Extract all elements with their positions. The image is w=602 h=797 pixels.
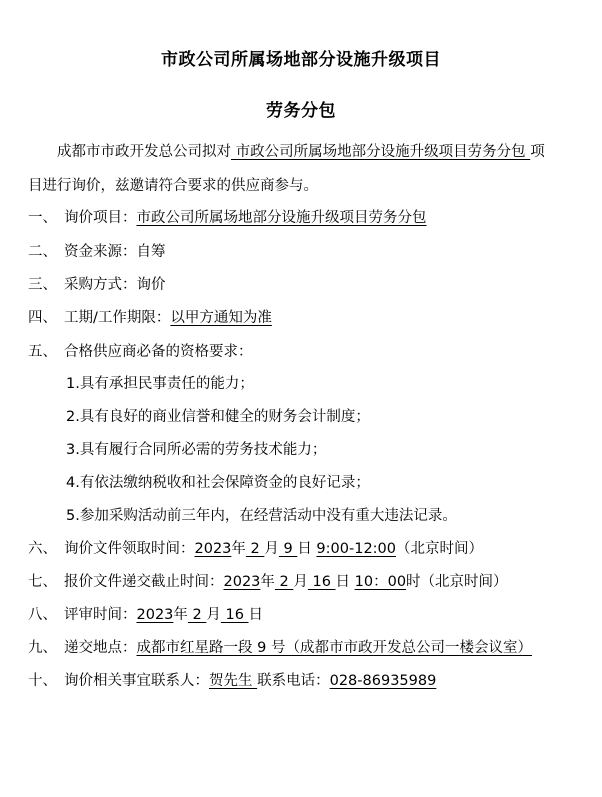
section-number: 一、 — [28, 208, 64, 228]
phone-label: 联系电话： — [257, 673, 330, 689]
time-value: 9:00-12:00 — [316, 541, 396, 557]
requirement-item: 5.参加采购活动前三年内，在经营活动中没有重大违法记录。 — [66, 506, 457, 526]
year-unit: 年 — [173, 607, 188, 623]
intro-project-name: 市政公司所属场地部分设施升级项目劳务分包 — [231, 144, 530, 160]
year-unit: 年 — [260, 574, 275, 590]
day-value: 16 — [221, 607, 249, 623]
section-6: 六、询价文件领取时间：2023年 2 月 9 日 9:00-12:00（北京时间… — [28, 539, 483, 559]
requirement-item: 3.具有履行合同所必需的劳务技术能力； — [66, 440, 326, 460]
year-value: 2023 — [137, 607, 174, 623]
section-value: 以甲方通知为准 — [170, 310, 272, 326]
month-unit: 月 — [206, 607, 221, 623]
section-4: 四、工期/工作期限：以甲方通知为准 — [28, 308, 272, 328]
phone-number: 028-86935989 — [330, 673, 437, 689]
section-value: 自筹 — [137, 244, 166, 260]
section-label: 询价文件领取时间： — [64, 541, 195, 557]
section-7: 七、报价文件递交截止时间：2023年 2 月 16 日 10：00时（北京时间） — [28, 572, 508, 592]
section-number: 二、 — [28, 242, 64, 262]
year-value: 2023 — [195, 541, 232, 557]
section-number: 八、 — [28, 605, 64, 625]
day-unit: 日 — [297, 541, 316, 557]
section-number: 六、 — [28, 539, 64, 559]
address-value: 成都市红星路一段 9 号（成都市市政开发总公司一楼会议室） — [137, 640, 532, 656]
section-9: 九、递交地点：成都市红星路一段 9 号（成都市市政开发总公司一楼会议室） — [28, 638, 532, 658]
section-value: 询价 — [137, 277, 166, 293]
month-unit: 月 — [293, 574, 308, 590]
section-value: 市政公司所属场地部分设施升级项目劳务分包 — [137, 210, 427, 226]
section-number: 七、 — [28, 572, 64, 592]
time-unit: 时 — [406, 574, 421, 590]
day-unit: 日 — [336, 574, 355, 590]
timezone-note: （北京时间） — [396, 541, 483, 557]
month-unit: 月 — [264, 541, 279, 557]
section-number: 五、 — [28, 342, 64, 362]
month-value: 2 — [188, 607, 206, 623]
section-number: 九、 — [28, 638, 64, 658]
section-label: 评审时间： — [64, 607, 137, 623]
section-5: 五、合格供应商必备的资格要求： — [28, 342, 253, 362]
day-value: 16 — [308, 574, 336, 590]
month-value: 2 — [246, 541, 264, 557]
section-1: 一、询价项目：市政公司所属场地部分设施升级项目劳务分包 — [28, 208, 427, 228]
section-label: 采购方式： — [64, 277, 137, 293]
intro-line-2: 目进行询价，兹邀请符合要求的供应商参与。 — [28, 176, 318, 196]
section-label: 工期/工作期限： — [64, 310, 170, 326]
section-label: 询价项目： — [64, 210, 137, 226]
requirement-item: 4.有依法缴纳税收和社会保障资金的良好记录； — [66, 473, 370, 493]
contact-name: 贺先生 — [209, 673, 257, 689]
section-number: 四、 — [28, 308, 64, 328]
day-unit: 日 — [249, 607, 264, 623]
section-3: 三、采购方式：询价 — [28, 275, 166, 295]
timezone-note: （北京时间） — [421, 574, 508, 590]
year-unit: 年 — [231, 541, 246, 557]
month-value: 2 — [275, 574, 293, 590]
time-value: 10：00 — [355, 574, 406, 590]
day-value: 9 — [279, 541, 297, 557]
section-label: 合格供应商必备的资格要求： — [64, 344, 253, 360]
section-label: 资金来源： — [64, 244, 137, 260]
section-label: 询价相关事宜联系人： — [64, 673, 209, 689]
requirement-item: 1.具有承担民事责任的能力； — [66, 374, 254, 394]
intro-line-1: 成都市市政开发总公司拟对 市政公司所属场地部分设施升级项目劳务分包 项 — [57, 142, 545, 162]
year-value: 2023 — [224, 574, 261, 590]
document-subtitle: 劳务分包 — [0, 96, 602, 121]
section-8: 八、评审时间：2023年 2 月 16 日 — [28, 605, 263, 625]
intro-suffix: 项 — [530, 144, 545, 160]
document-title: 市政公司所属场地部分设施升级项目 — [0, 45, 602, 70]
section-label: 递交地点： — [64, 640, 137, 656]
section-number: 三、 — [28, 275, 64, 295]
section-2: 二、资金来源：自筹 — [28, 242, 166, 262]
section-number: 十、 — [28, 671, 64, 691]
intro-prefix: 成都市市政开发总公司拟对 — [57, 144, 231, 160]
section-10: 十、询价相关事宜联系人：贺先生 联系电话：028-86935989 — [28, 671, 436, 691]
requirement-item: 2.具有良好的商业信誉和健全的财务会计制度； — [66, 407, 370, 427]
section-label: 报价文件递交截止时间： — [64, 574, 224, 590]
